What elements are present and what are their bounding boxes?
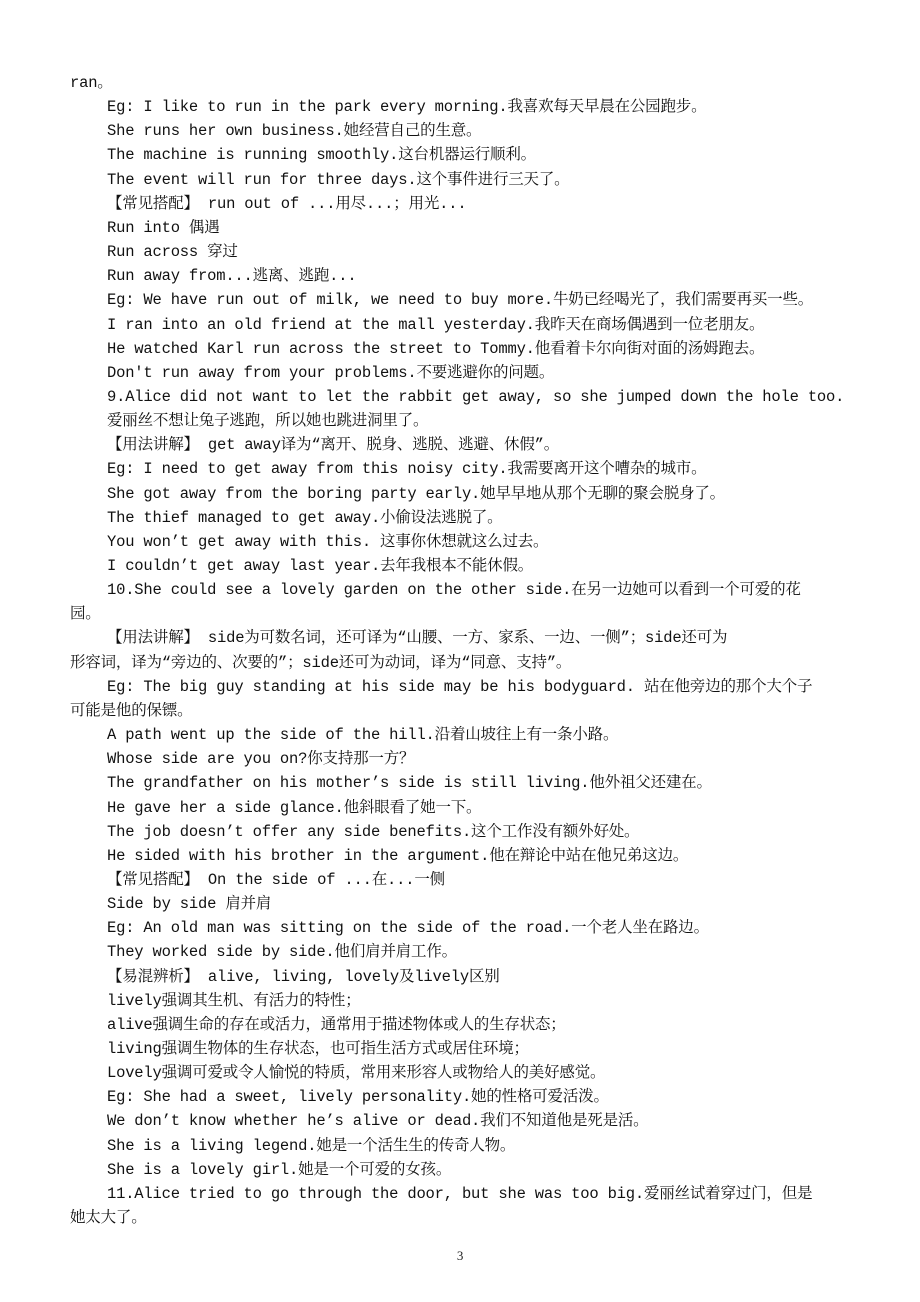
text-line: She is a lovely girl.她是一个可爱的女孩。: [107, 1160, 451, 1180]
text-line: She got away from the boring party early…: [107, 484, 725, 504]
text-line: 形容词，译为“旁边的、次要的”；side还可为动词，译为“同意、支持”。: [70, 653, 571, 673]
text-line: She runs her own business.她经营自己的生意。: [107, 121, 481, 141]
text-line: 【用法讲解】 side为可数名词，还可译为“山腰、一方、家系、一边、一侧”；si…: [107, 628, 727, 648]
text-line: The machine is running smoothly.这台机器运行顺利…: [107, 145, 536, 165]
text-line: 园。: [70, 604, 101, 624]
text-line: 可能是他的保镖。: [70, 701, 192, 721]
text-line: He watched Karl run across the street to…: [107, 339, 764, 359]
text-line: lively强调其生机、有活力的特性；: [107, 991, 361, 1011]
text-line: alive强调生命的存在或活力，通常用于描述物体或人的生存状态；: [107, 1015, 566, 1035]
text-line: Eg: I need to get away from this noisy c…: [107, 459, 706, 479]
text-line: We don’t know whether he’s alive or dead…: [107, 1111, 648, 1131]
text-line: 【常见搭配】 On the side of ...在...一侧: [107, 870, 445, 890]
text-line: The job doesn’t offer any side benefits.…: [107, 822, 639, 842]
text-line: A path went up the side of the hill.沿着山坡…: [107, 725, 618, 745]
text-line: 9.Alice did not want to let the rabbit g…: [107, 387, 844, 407]
text-line: The grandfather on his mother’s side is …: [107, 773, 712, 793]
text-line: Lovely强调可爱或令人愉悦的特质，常用来形容人或物给人的美好感觉。: [107, 1063, 605, 1083]
text-line: She is a living legend.她是一个活生生的传奇人物。: [107, 1136, 515, 1156]
text-line: I couldn’t get away last year.去年我根本不能休假。: [107, 556, 533, 576]
page-number: 3: [0, 1248, 920, 1264]
text-line: Side by side 肩并肩: [107, 894, 271, 914]
text-line: Run across 穿过: [107, 242, 238, 262]
text-line: The event will run for three days.这个事件进行…: [107, 170, 569, 190]
text-line: 【常见搭配】 run out of ...用尽...；用光...: [107, 194, 466, 214]
text-line: ran。: [70, 73, 113, 93]
text-line: Whose side are you on?你支持那一方？: [107, 749, 414, 769]
text-line: The thief managed to get away.小偷设法逃脱了。: [107, 508, 502, 528]
text-line: He gave her a side glance.他斜眼看了她一下。: [107, 798, 481, 818]
text-line: Run away from...逃离、逃跑...: [107, 266, 356, 286]
text-line: Eg: She had a sweet, lively personality.…: [107, 1087, 609, 1107]
document-page: ran。Eg: I like to run in the park every …: [0, 0, 920, 1302]
text-line: Eg: I like to run in the park every morn…: [107, 97, 706, 117]
text-line: He sided with his brother in the argumen…: [107, 846, 688, 866]
text-line: You won’t get away with this. 这事你休想就这么过去…: [107, 532, 548, 552]
text-line: 【用法讲解】 get away译为“离开、脱身、逃脱、逃避、休假”。: [107, 435, 559, 455]
text-line: 10.She could see a lovely garden on the …: [107, 580, 801, 600]
text-line: Run into 偶遇: [107, 218, 220, 238]
text-line: 爱丽丝不想让兔子逃跑，所以她也跳进洞里了。: [107, 411, 428, 431]
text-line: Eg: The big guy standing at his side may…: [107, 677, 812, 697]
text-line: 【易混辨析】 alive, living, lovely及lively区别: [107, 967, 500, 987]
text-line: 她太大了。: [70, 1208, 147, 1228]
text-line: Eg: We have run out of milk, we need to …: [107, 290, 813, 310]
text-line: They worked side by side.他们肩并肩工作。: [107, 942, 457, 962]
text-line: 11.Alice tried to go through the door, b…: [107, 1184, 812, 1204]
text-line: I ran into an old friend at the mall yes…: [107, 315, 764, 335]
text-line: Don't run away from your problems.不要逃避你的…: [107, 363, 554, 383]
text-line: Eg: An old man was sitting on the side o…: [107, 918, 709, 938]
text-line: living强调生物体的生存状态，也可指生活方式或居住环境；: [107, 1039, 529, 1059]
